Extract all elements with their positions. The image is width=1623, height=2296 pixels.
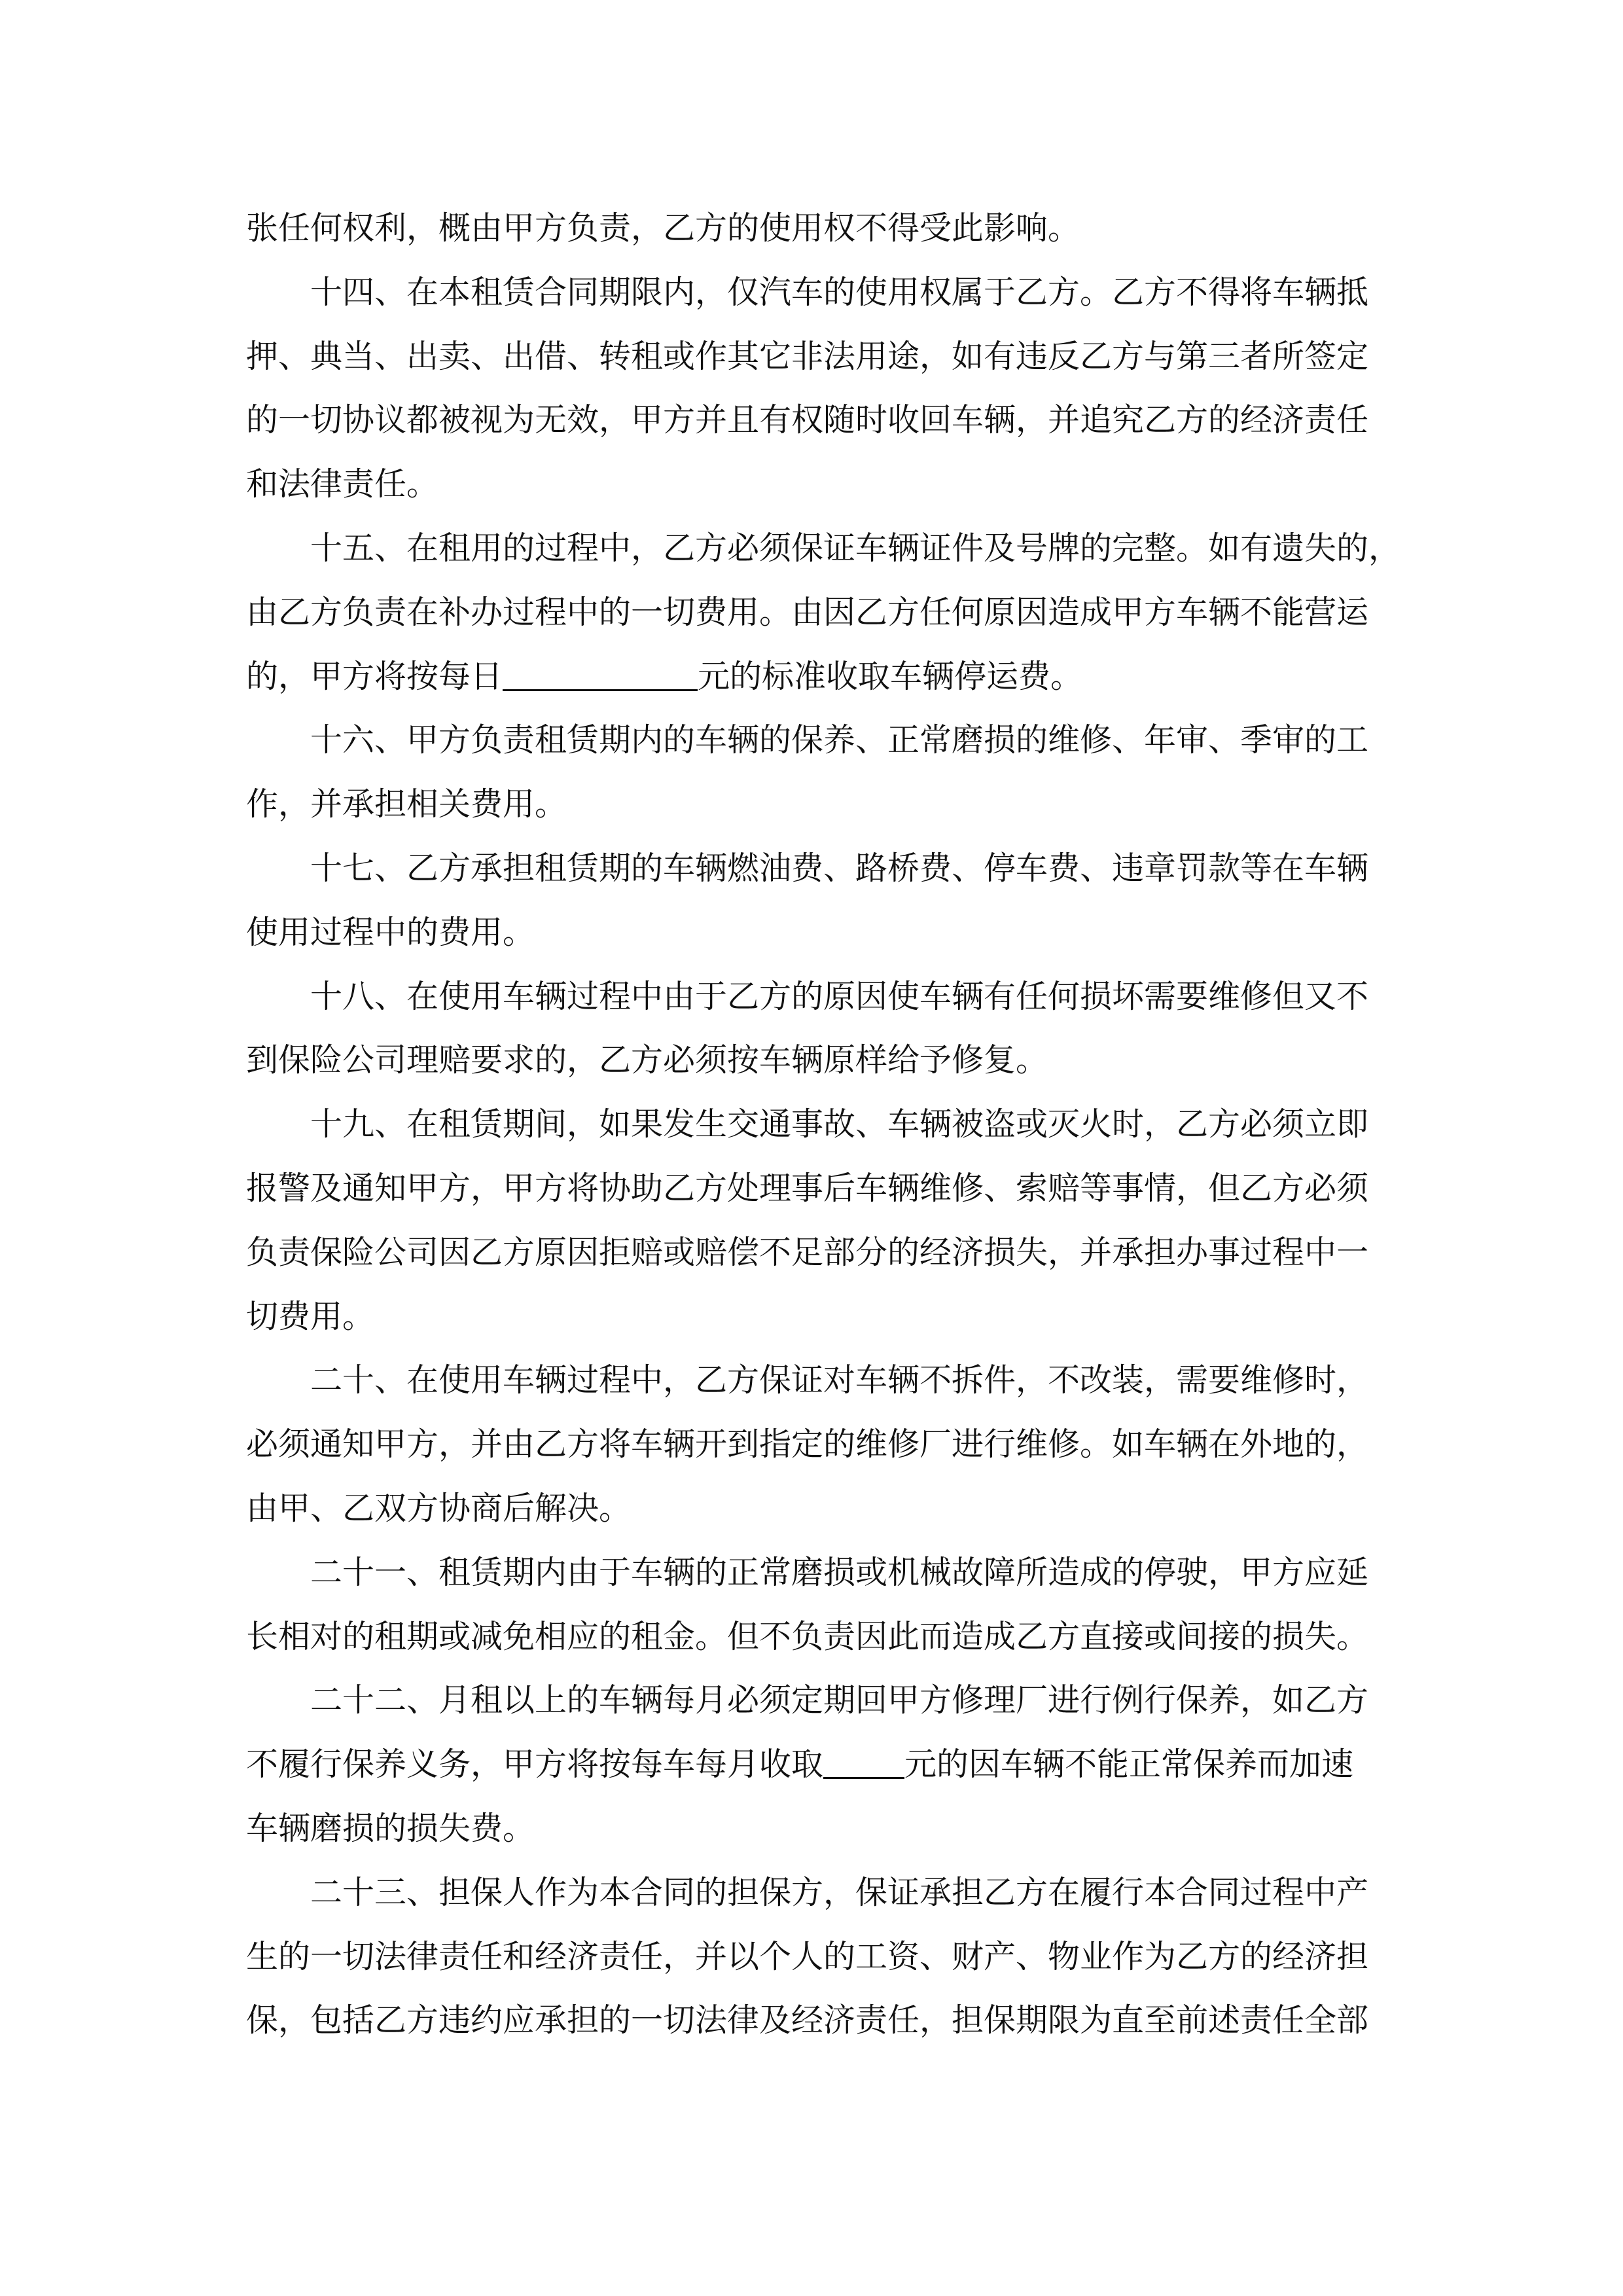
paragraph-clause-16: 十六、甲方负责租赁期内的车辆的保养、正常磨损的维修、年审、季审的工 作，并承担相…	[246, 716, 1398, 844]
clause-heading-line: 二十二、月租以上的车辆每月必须定期回甲方修理厂进行例行保养，如乙方	[246, 1676, 1398, 1740]
paragraph-clause-19: 十九、在租赁期间，如果发生交通事故、车辆被盗或灭火时，乙方必须立即 报警及通知甲…	[246, 1100, 1398, 1356]
clause-heading-line: 二十一、租赁期内由于车辆的正常磨损或机械故障所造成的停驶，甲方应延	[246, 1549, 1398, 1613]
clause-heading-line: 十九、在租赁期间，如果发生交通事故、车辆被盗或灭火时，乙方必须立即	[246, 1100, 1398, 1164]
text-line-with-blank: 的，甲方将按每日元的标准收取车辆停运费。	[246, 653, 1398, 717]
text-line: 押、典当、出卖、出借、转租或作其它非法用途，如有违反乙方与第三者所签定	[246, 332, 1398, 397]
text-line: 的一切协议都被视为无效，甲方并且有权随时收回车辆，并追究乙方的经济责任	[246, 396, 1398, 460]
contract-body: 张任何权利，概由甲方负责，乙方的使用权不得受此影响。 十四、在本租赁合同期限内，…	[246, 204, 1398, 2060]
paragraph-clause-14: 十四、在本租赁合同期限内，仅汽车的使用权属于乙方。乙方不得将车辆抵 押、典当、出…	[246, 268, 1398, 524]
text-line: 保，包括乙方违约应承担的一切法律及经济责任，担保期限为直至前述责任全部	[246, 1996, 1398, 2060]
text-line: 使用过程中的费用。	[246, 908, 1398, 973]
text-line: 张任何权利，概由甲方负责，乙方的使用权不得受此影响。	[246, 204, 1398, 268]
clause-heading-line: 二十、在使用车辆过程中，乙方保证对车辆不拆件，不改装，需要维修时，	[246, 1356, 1398, 1420]
text-line: 负责保险公司因乙方原因拒赔或赔偿不足部分的经济损失，并承担办事过程中一	[246, 1229, 1398, 1293]
text-line: 必须通知甲方，并由乙方将车辆开到指定的维修厂进行维修。如车辆在外地的，	[246, 1420, 1398, 1484]
clause-heading-line: 十八、在使用车辆过程中由于乙方的原因使车辆有任何损坏需要维修但又不	[246, 973, 1398, 1037]
text-line: 车辆磨损的损失费。	[246, 1804, 1398, 1869]
text-before-blank: 不履行保养义务，甲方将按每车每月收取	[246, 1746, 823, 1783]
paragraph-clause-15: 十五、在租用的过程中，乙方必须保证车辆证件及号牌的完整。如有遗失的， 由乙方负责…	[246, 524, 1398, 716]
text-line: 作，并承担相关费用。	[246, 780, 1398, 844]
text-line: 和法律责任。	[246, 460, 1398, 524]
text-line: 到保险公司理赔要求的，乙方必须按车辆原样给予修复。	[246, 1036, 1398, 1100]
clause-heading-line: 十六、甲方负责租赁期内的车辆的保养、正常磨损的维修、年审、季审的工	[246, 716, 1398, 780]
paragraph-clause-21: 二十一、租赁期内由于车辆的正常磨损或机械故障所造成的停驶，甲方应延 长相对的租期…	[246, 1549, 1398, 1677]
text-line: 长相对的租期或减免相应的租金。但不负责因此而造成乙方直接或间接的损失。	[246, 1613, 1398, 1677]
text-line: 报警及通知甲方，甲方将协助乙方处理事后车辆维修、索赔等事情，但乙方必须	[246, 1164, 1398, 1229]
text-line: 生的一切法律责任和经济责任，并以个人的工资、财产、物业作为乙方的经济担	[246, 1933, 1398, 1997]
clause-heading-line: 二十三、担保人作为本合同的担保方，保证承担乙方在履行本合同过程中产	[246, 1869, 1398, 1933]
paragraph-clause-20: 二十、在使用车辆过程中，乙方保证对车辆不拆件，不改装，需要维修时， 必须通知甲方…	[246, 1356, 1398, 1548]
clause-heading-line: 十四、在本租赁合同期限内，仅汽车的使用权属于乙方。乙方不得将车辆抵	[246, 268, 1398, 332]
clause-heading-line: 十七、乙方承担租赁期的车辆燃油费、路桥费、停车费、违章罚款等在车辆	[246, 844, 1398, 908]
text-line: 切费用。	[246, 1293, 1398, 1357]
clause-heading-line: 十五、在租用的过程中，乙方必须保证车辆证件及号牌的完整。如有遗失的，	[246, 524, 1398, 588]
text-line-with-blank: 不履行保养义务，甲方将按每车每月收取元的因车辆不能正常保养而加速	[246, 1740, 1398, 1804]
paragraph-clause-23: 二十三、担保人作为本合同的担保方，保证承担乙方在履行本合同过程中产 生的一切法律…	[246, 1869, 1398, 2060]
paragraph-clause-13-continuation: 张任何权利，概由甲方负责，乙方的使用权不得受此影响。	[246, 204, 1398, 268]
text-before-blank: 的，甲方将按每日	[246, 658, 503, 695]
paragraph-clause-18: 十八、在使用车辆过程中由于乙方的原因使车辆有任何损坏需要维修但又不 到保险公司理…	[246, 973, 1398, 1101]
text-line: 由乙方负责在补办过程中的一切费用。由因乙方任何原因造成甲方车辆不能营运	[246, 588, 1398, 653]
text-after-blank: 元的因车辆不能正常保养而加速	[904, 1746, 1353, 1783]
paragraph-clause-17: 十七、乙方承担租赁期的车辆燃油费、路桥费、停车费、违章罚款等在车辆 使用过程中的…	[246, 844, 1398, 973]
paragraph-clause-22: 二十二、月租以上的车辆每月必须定期回甲方修理厂进行例行保养，如乙方 不履行保养义…	[246, 1676, 1398, 1868]
text-line: 由甲、乙双方协商后解决。	[246, 1484, 1398, 1549]
document-page: 张任何权利，概由甲方负责，乙方的使用权不得受此影响。 十四、在本租赁合同期限内，…	[0, 0, 1623, 2296]
text-after-blank: 元的标准收取车辆停运费。	[698, 658, 1082, 695]
monthly-fee-blank-field[interactable]	[823, 1743, 904, 1779]
daily-fee-blank-field[interactable]	[503, 655, 698, 691]
